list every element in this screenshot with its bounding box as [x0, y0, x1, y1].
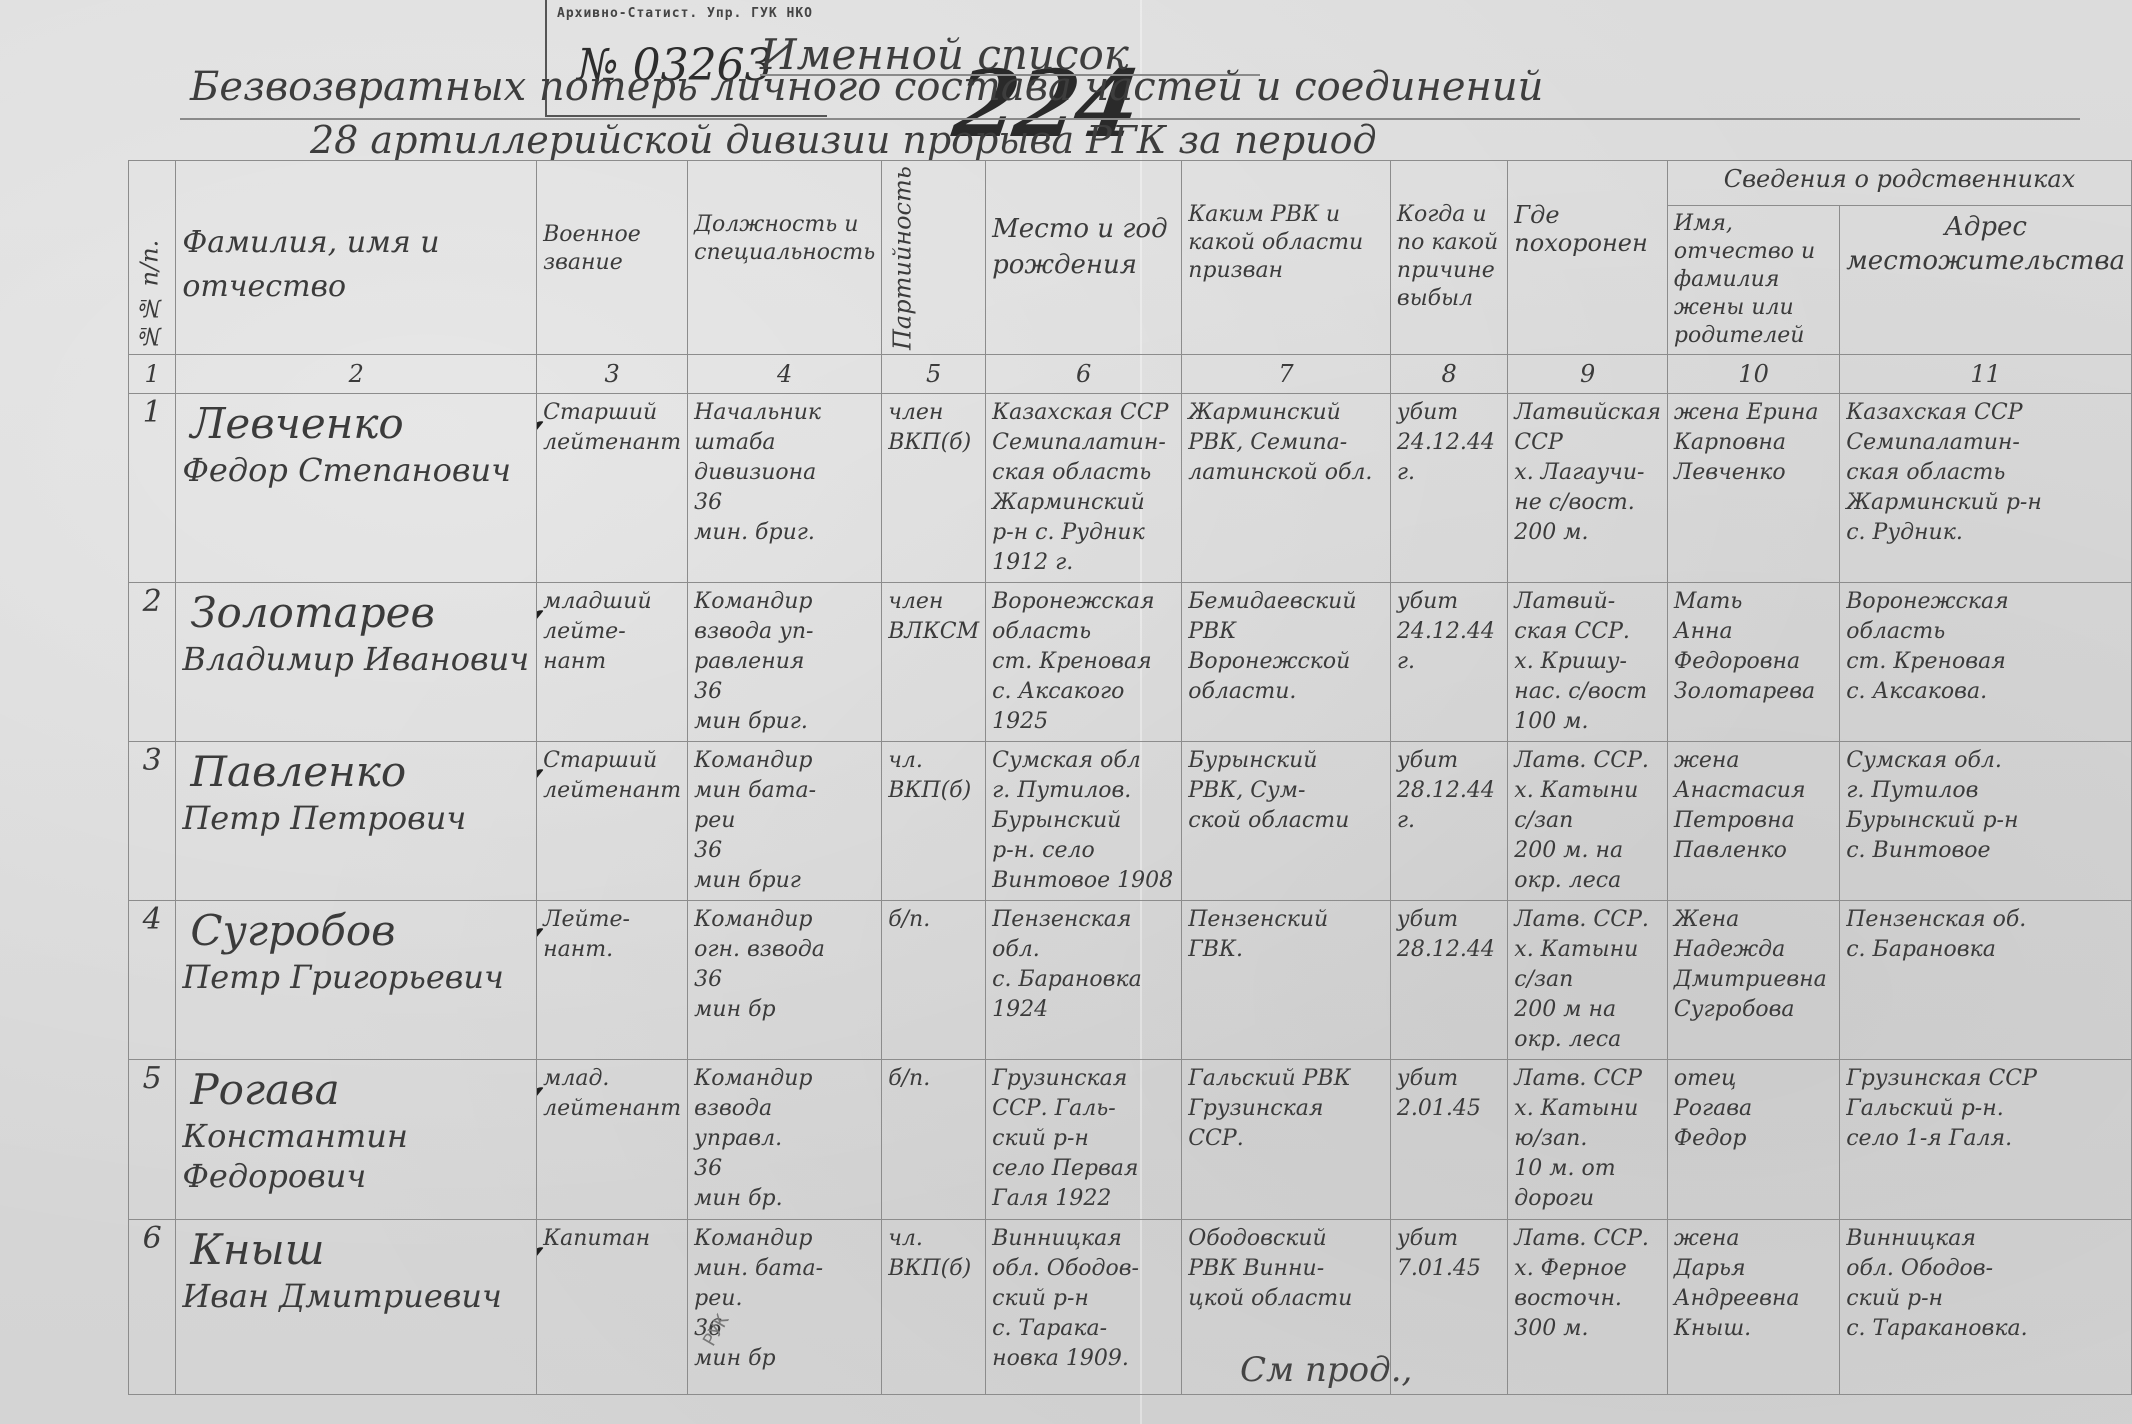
- cell-line: убит: [1397, 746, 1501, 776]
- cell-line: ская ССР.: [1514, 617, 1661, 647]
- cell-when: убит24.12.44 г.: [1390, 394, 1507, 583]
- cell-line: с. Аксакова.: [1846, 677, 2125, 707]
- cell-line: 1924: [992, 995, 1175, 1025]
- row-index: 2: [129, 583, 176, 742]
- cell-line: с/зап: [1514, 806, 1661, 836]
- cell-line: х. Кришу-: [1514, 647, 1661, 677]
- cell-line: дороги: [1514, 1184, 1661, 1214]
- checkmark-icon: ✓: [537, 424, 554, 454]
- column-number: 8: [1390, 355, 1507, 394]
- column-number: 7: [1182, 355, 1391, 394]
- surname: Рогава: [182, 1064, 530, 1116]
- cell-line: ВКП(б): [888, 776, 979, 806]
- cell-birth: Воронежскаяобластьст. Креноваяс. Аксаког…: [986, 583, 1182, 742]
- header-relatives-group: Сведения о родственниках: [1667, 161, 2131, 206]
- cell-line: Надежда: [1674, 935, 1833, 965]
- cell-line: р-н. село: [992, 836, 1175, 866]
- surname: Павленко: [182, 746, 530, 798]
- checkmark-icon: ✓: [537, 772, 554, 802]
- surname: Сугробов: [182, 905, 530, 957]
- cell-line: ский р-н: [992, 1124, 1175, 1154]
- cell-relative: жена ЕринаКарповнаЛевченко: [1667, 394, 1839, 583]
- cell-line: Семипалатин-: [992, 428, 1175, 458]
- cell-line: реи: [694, 806, 875, 836]
- cell-line: с. Винтовое: [1846, 836, 2125, 866]
- cell-line: 36: [694, 1154, 875, 1184]
- cell-party: членВКП(б): [882, 394, 986, 583]
- cell-line: Латвийская: [1514, 398, 1661, 428]
- row-index: 5: [129, 1060, 176, 1220]
- table-row: 6КнышИван Дмитриевич✓КапитанКомандирмин.…: [129, 1220, 2132, 1395]
- cell-line: Командир: [694, 1224, 875, 1254]
- cell-line: Латв. ССР.: [1514, 1224, 1661, 1254]
- cell-name: КнышИван Дмитриевич: [176, 1220, 537, 1395]
- cell-line: Андреевна: [1674, 1284, 1833, 1314]
- cell-relative: женаАнастасияПетровнаПавленко: [1667, 742, 1839, 901]
- cell-line: 36: [694, 836, 875, 866]
- cell-line: новка 1909.: [992, 1344, 1175, 1374]
- column-number: 5: [882, 355, 986, 394]
- cell-line: Золотарева: [1674, 677, 1833, 707]
- header-party: Партийность: [882, 161, 986, 355]
- surname: Золотарев: [182, 587, 530, 639]
- cell-line: Жарминский р-н: [1846, 488, 2125, 518]
- cell-line: ВЛКСМ: [888, 617, 979, 647]
- cell-line: х. Катыни: [1514, 935, 1661, 965]
- cell-line: с. Тарака-: [992, 1314, 1175, 1344]
- cell-line: 28.12.44: [1397, 935, 1501, 965]
- cell-line: ССР. Галь-: [992, 1094, 1175, 1124]
- cell-line: реи.: [694, 1284, 875, 1314]
- cell-party: чл.ВКП(б): [882, 1220, 986, 1395]
- cell-line: мин бриг: [694, 866, 875, 896]
- cell-address: Казахская ССРСемипалатин-ская областьЖар…: [1840, 394, 2132, 583]
- cell-rvk: ЖарминскийРВК, Семипа-латинской обл.: [1182, 394, 1391, 583]
- cell-line: Дмитриевна: [1674, 965, 1833, 995]
- cell-position: Командирогн. взвода36мин бр: [688, 901, 882, 1060]
- cell-name: ПавленкоПетр Петрович: [176, 742, 537, 901]
- cell-rvk: БурынскийРВК, Сум-ской области: [1182, 742, 1391, 901]
- cell-line: латинской обл.: [1188, 458, 1384, 488]
- column-number: 9: [1508, 355, 1668, 394]
- cell-line: млад.: [543, 1064, 681, 1094]
- cell-birth: Пензенскаяобл.с. Барановка1924: [986, 901, 1182, 1060]
- table-row: 3ПавленкоПетр Петрович✓СтаршийлейтенантК…: [129, 742, 2132, 901]
- cell-line: Латв. ССР.: [1514, 905, 1661, 935]
- cell-when: убит28.12.44: [1390, 901, 1507, 1060]
- given-names: Владимир Иванович: [182, 639, 530, 679]
- cell-line: Грузинская ССР: [1846, 1064, 2125, 1094]
- cell-line: Жена: [1674, 905, 1833, 935]
- cell-line: мин бр.: [694, 1184, 875, 1214]
- cell-rank: ✓Капитан: [537, 1220, 688, 1395]
- cell-line: ская область: [992, 458, 1175, 488]
- cell-buried: Латвий-ская ССР.х. Кришу-нас. с/вост100 …: [1508, 583, 1668, 742]
- cell-position: Командирмин. бата-реи.36мин бр: [688, 1220, 882, 1395]
- cell-line: с. Барановка: [1846, 935, 2125, 965]
- cell-line: мин бр: [694, 995, 875, 1025]
- cell-line: Галя 1922: [992, 1184, 1175, 1214]
- cell-line: с. Аксакого: [992, 677, 1175, 707]
- cell-when: убит24.12.44 г.: [1390, 583, 1507, 742]
- cell-line: Бурынский: [992, 806, 1175, 836]
- cell-rank: ✓млад.лейтенант: [537, 1060, 688, 1220]
- cell-line: ВКП(б): [888, 1254, 979, 1284]
- cell-line: Семипалатин-: [1846, 428, 2125, 458]
- cell-line: штаба: [694, 428, 875, 458]
- header-address: Адрес местожительства: [1840, 206, 2132, 355]
- cell-line: х. Катыни: [1514, 776, 1661, 806]
- cell-when: убит28.12.44 г.: [1390, 742, 1507, 901]
- title-line-3: 28 артиллерийской дивизии прорыва РГК за…: [310, 118, 1377, 162]
- cell-line: 10 м. от: [1514, 1154, 1661, 1184]
- cell-name: СугробовПетр Григорьевич: [176, 901, 537, 1060]
- cell-line: окр. леса: [1514, 1025, 1661, 1055]
- cell-line: Пензенская об.: [1846, 905, 2125, 935]
- cell-line: ССР.: [1188, 1124, 1384, 1154]
- cell-birth: ГрузинскаяССР. Галь-ский р-нсело ПерваяГ…: [986, 1060, 1182, 1220]
- cell-line: ский р-н: [992, 1284, 1175, 1314]
- cell-line: огн. взвода: [694, 935, 875, 965]
- column-number: 3: [537, 355, 688, 394]
- cell-line: нант: [543, 647, 681, 677]
- cell-line: обл. Ободов-: [1846, 1254, 2125, 1284]
- cell-line: 36: [694, 965, 875, 995]
- cell-line: г. Путилов: [1846, 776, 2125, 806]
- cell-line: г. Путилов.: [992, 776, 1175, 806]
- cell-party: членВЛКСМ: [882, 583, 986, 742]
- cell-line: обл.: [992, 935, 1175, 965]
- losses-table: №№ п/п. Фамилия, имя и отчество Военное …: [128, 160, 2132, 1395]
- row-number: 1: [143, 395, 162, 430]
- title-line-2: Безвозвратных потерь личного состава час…: [190, 64, 1543, 110]
- header-birth: Место и год рождения: [986, 161, 1182, 355]
- cell-line: области.: [1188, 677, 1384, 707]
- cell-line: ская область: [1846, 458, 2125, 488]
- cell-relative: отецРогаваФедор: [1667, 1060, 1839, 1220]
- cell-address: Воронежскаяобластьст. Креноваяс. Аксаков…: [1840, 583, 2132, 742]
- cell-line: восточн.: [1514, 1284, 1661, 1314]
- cell-line: лейтенант: [543, 428, 681, 458]
- cell-line: убит: [1397, 398, 1501, 428]
- cell-line: Мать: [1674, 587, 1833, 617]
- cell-line: 1925: [992, 707, 1175, 737]
- cell-line: член: [888, 587, 979, 617]
- cell-line: 24.12.44 г.: [1397, 428, 1501, 488]
- cell-buried: Латв. ССР.х. Ферноевосточн.300 м.: [1508, 1220, 1668, 1395]
- cell-position: Командирвзводауправл.36мин бр.: [688, 1060, 882, 1220]
- cell-party: б/п.: [882, 901, 986, 1060]
- cell-line: с. Барановка: [992, 965, 1175, 995]
- cell-buried: ЛатвийскаяССРх. Лагаучи-не с/вост.200 м.: [1508, 394, 1668, 583]
- cell-rvk: Гальский РВКГрузинскаяССР.: [1182, 1060, 1391, 1220]
- column-number: 2: [176, 355, 537, 394]
- cell-line: член: [888, 398, 979, 428]
- checkmark-icon: ✓: [537, 1250, 554, 1280]
- column-number: 6: [986, 355, 1182, 394]
- cell-line: Командир: [694, 905, 875, 935]
- cell-line: чл.: [888, 1224, 979, 1254]
- cell-buried: Латв. ССР.х. Катынис/зап200 м. наокр. ле…: [1508, 742, 1668, 901]
- header-index: №№ п/п.: [129, 161, 176, 355]
- cell-address: Сумская обл.г. ПутиловБурынский р-нс. Ви…: [1840, 742, 2132, 901]
- cell-line: 1912 г.: [992, 548, 1175, 578]
- row-index: 1: [129, 394, 176, 583]
- cell-birth: Сумская облг. Путилов.Бурынскийр-н. село…: [986, 742, 1182, 901]
- cell-line: Федор: [1674, 1124, 1833, 1154]
- cell-relative: женаДарьяАндреевнаКныш.: [1667, 1220, 1839, 1395]
- cell-line: 100 м.: [1514, 707, 1661, 737]
- column-number: 10: [1667, 355, 1839, 394]
- cell-line: чл.: [888, 746, 979, 776]
- cell-line: 28.12.44 г.: [1397, 776, 1501, 836]
- cell-address: Грузинская ССРГальский р-н.село 1-я Галя…: [1840, 1060, 2132, 1220]
- cell-line: убит: [1397, 587, 1501, 617]
- cell-line: жена: [1674, 746, 1833, 776]
- cell-line: РВК: [1188, 617, 1384, 647]
- table-body: 1ЛевченкоФедор Степанович✓Старшийлейтена…: [129, 394, 2132, 1395]
- cell-birth: Винницкаяобл. Ободов-ский р-нс. Тарака-н…: [986, 1220, 1182, 1395]
- given-names: Федор Степанович: [182, 450, 530, 490]
- cell-line: 300 м.: [1514, 1314, 1661, 1344]
- row-index: 4: [129, 901, 176, 1060]
- cell-line: р-н с. Рудник: [992, 518, 1175, 548]
- cell-line: младший: [543, 587, 681, 617]
- column-number: 11: [1840, 355, 2132, 394]
- continuation-note: См прод.,: [1240, 1350, 1412, 1390]
- cell-line: мин бриг.: [694, 707, 875, 737]
- cell-rvk: ПензенскийГВК.: [1182, 901, 1391, 1060]
- cell-line: РВК, Семипа-: [1188, 428, 1384, 458]
- cell-line: 36: [694, 488, 875, 518]
- given-names: Константин Федорович: [182, 1116, 530, 1196]
- cell-line: жена: [1674, 1224, 1833, 1254]
- cell-line: Бурынский: [1188, 746, 1384, 776]
- cell-line: окр. леса: [1514, 866, 1661, 896]
- cell-rank: ✓Старшийлейтенант: [537, 394, 688, 583]
- cell-line: Карповна: [1674, 428, 1833, 458]
- cell-rank: ✓младшийлейте-нант: [537, 583, 688, 742]
- cell-line: с. Рудник.: [1846, 518, 2125, 548]
- cell-line: х. Ферное: [1514, 1254, 1661, 1284]
- cell-line: Жарминский: [992, 488, 1175, 518]
- table-row: 4СугробовПетр Григорьевич✓Лейте-нант.Ком…: [129, 901, 2132, 1060]
- cell-when: убит2.01.45: [1390, 1060, 1507, 1220]
- surname: Кныш: [182, 1224, 530, 1276]
- cell-line: нант.: [543, 935, 681, 965]
- given-names: Петр Григорьевич: [182, 957, 530, 997]
- cell-line: Латв. ССР.: [1514, 746, 1661, 776]
- cell-line: Сугробова: [1674, 995, 1833, 1025]
- cell-relative: МатьАннаФедоровнаЗолотарева: [1667, 583, 1839, 742]
- cell-address: Пензенская об.с. Барановка: [1840, 901, 2132, 1060]
- cell-line: РВК Винни-: [1188, 1254, 1384, 1284]
- cell-line: равления: [694, 647, 875, 677]
- row-index: 6: [129, 1220, 176, 1395]
- cell-line: Винницкая: [992, 1224, 1175, 1254]
- cell-line: Анна: [1674, 617, 1833, 647]
- cell-line: ССР: [1514, 428, 1661, 458]
- cell-line: Капитан: [543, 1224, 681, 1254]
- cell-line: Латв. ССР: [1514, 1064, 1661, 1094]
- table-row: 2ЗолотаревВладимир Иванович✓младшийлейте…: [129, 583, 2132, 742]
- cell-line: убит: [1397, 1064, 1501, 1094]
- cell-line: область: [992, 617, 1175, 647]
- cell-line: Ободовский: [1188, 1224, 1384, 1254]
- cell-position: Командирмин бата-реи36мин бриг: [688, 742, 882, 901]
- given-names: Иван Дмитриевич: [182, 1276, 530, 1316]
- surname: Левченко: [182, 398, 530, 450]
- cell-line: 36: [694, 677, 875, 707]
- cell-line: Федоровна: [1674, 647, 1833, 677]
- cell-line: х. Катыни: [1514, 1094, 1661, 1124]
- cell-line: мин. бриг.: [694, 518, 875, 548]
- cell-line: Пензенская: [992, 905, 1175, 935]
- cell-rvk: БемидаевскийРВКВоронежскойобласти.: [1182, 583, 1391, 742]
- cell-line: 200 м.: [1514, 518, 1661, 548]
- cell-line: Гальский р-н.: [1846, 1094, 2125, 1124]
- cell-line: жена Ерина: [1674, 398, 1833, 428]
- cell-line: не с/вост.: [1514, 488, 1661, 518]
- cell-line: Пензенский: [1188, 905, 1384, 935]
- cell-line: Бурынский р-н: [1846, 806, 2125, 836]
- table-row: 1ЛевченкоФедор Степанович✓Старшийлейтена…: [129, 394, 2132, 583]
- cell-line: отец: [1674, 1064, 1833, 1094]
- cell-line: б/п.: [888, 905, 979, 935]
- cell-line: Сумская обл.: [1846, 746, 2125, 776]
- cell-line: село Первая: [992, 1154, 1175, 1184]
- cell-line: Старший: [543, 398, 681, 428]
- cell-line: Жарминский: [1188, 398, 1384, 428]
- cell-line: Начальник: [694, 398, 875, 428]
- cell-line: лейтенант: [543, 776, 681, 806]
- cell-line: РВК, Сум-: [1188, 776, 1384, 806]
- row-number: 4: [143, 902, 162, 937]
- cell-line: Грузинская: [1188, 1094, 1384, 1124]
- cell-line: 7.01.45: [1397, 1254, 1501, 1284]
- cell-position: Начальникштабадивизиона36мин. бриг.: [688, 394, 882, 583]
- cell-line: Воронежская: [992, 587, 1175, 617]
- cell-line: ст. Креновая: [1846, 647, 2125, 677]
- cell-line: Казахская ССР: [1846, 398, 2125, 428]
- cell-rank: ✓Старшийлейтенант: [537, 742, 688, 901]
- cell-line: 200 м. на: [1514, 836, 1661, 866]
- cell-line: 24.12.44 г.: [1397, 617, 1501, 677]
- given-names: Петр Петрович: [182, 798, 530, 838]
- cell-line: Сумская обл: [992, 746, 1175, 776]
- cell-line: нас. с/вост: [1514, 677, 1661, 707]
- header-row: №№ п/п. Фамилия, имя и отчество Военное …: [129, 161, 2132, 206]
- cell-line: Командир: [694, 1064, 875, 1094]
- cell-line: Левченко: [1674, 458, 1833, 488]
- header-when: Когда и по какой причине выбыл: [1390, 161, 1507, 355]
- column-number-row: 1 2 3 4 5 6 7 8 9 10 11: [129, 355, 2132, 394]
- cell-line: область: [1846, 617, 2125, 647]
- cell-line: Анастасия: [1674, 776, 1833, 806]
- cell-line: мин. бата-: [694, 1254, 875, 1284]
- cell-line: Дарья: [1674, 1254, 1833, 1284]
- header-rank: Военное звание: [537, 161, 688, 355]
- cell-line: ской области: [1188, 806, 1384, 836]
- cell-party: чл.ВКП(б): [882, 742, 986, 901]
- header-rvk: Каким РВК и какой области призван: [1182, 161, 1391, 355]
- cell-line: дивизиона: [694, 458, 875, 488]
- cell-name: ЛевченкоФедор Степанович: [176, 394, 537, 583]
- row-number: 6: [143, 1221, 162, 1256]
- row-number: 2: [143, 584, 162, 619]
- cell-line: б/п.: [888, 1064, 979, 1094]
- cell-line: село 1-я Галя.: [1846, 1124, 2125, 1154]
- row-number: 5: [143, 1061, 162, 1096]
- cell-position: Командирвзвода уп-равления36мин бриг.: [688, 583, 882, 742]
- cell-line: Грузинская: [992, 1064, 1175, 1094]
- checkmark-icon: ✓: [537, 613, 554, 643]
- checkmark-icon: ✓: [537, 1090, 554, 1120]
- cell-line: убит: [1397, 905, 1501, 935]
- cell-line: Винтовое 1908: [992, 866, 1175, 896]
- cell-line: цкой области: [1188, 1284, 1384, 1314]
- checkmark-icon: ✓: [537, 931, 554, 961]
- document-page: Архивно-Статист. Упр. ГУК НКО № 03263 22…: [0, 0, 2132, 1424]
- cell-line: Лейте-: [543, 905, 681, 935]
- cell-line: Рогава: [1674, 1094, 1833, 1124]
- cell-line: Винницкая: [1846, 1224, 2125, 1254]
- cell-line: Командир: [694, 587, 875, 617]
- cell-line: лейте-: [543, 617, 681, 647]
- cell-line: взвода уп-: [694, 617, 875, 647]
- cell-line: Воронежской: [1188, 647, 1384, 677]
- cell-party: б/п.: [882, 1060, 986, 1220]
- cell-line: х. Лагаучи-: [1514, 458, 1661, 488]
- header-relative-name: Имя, отчество и фамилия жены или родител…: [1667, 206, 1839, 355]
- cell-buried: Латв. ССРх. Катынию/зап.10 м. отдороги: [1508, 1060, 1668, 1220]
- cell-line: мин бр: [694, 1344, 875, 1374]
- cell-line: мин бата-: [694, 776, 875, 806]
- cell-address: Винницкаяобл. Ободов-ский р-нс. Таракано…: [1840, 1220, 2132, 1395]
- cell-line: ст. Креновая: [992, 647, 1175, 677]
- cell-line: Казахская ССР: [992, 398, 1175, 428]
- cell-line: Петровна: [1674, 806, 1833, 836]
- column-number: 1: [129, 355, 176, 394]
- cell-line: Старший: [543, 746, 681, 776]
- header-name: Фамилия, имя и отчество: [176, 161, 537, 355]
- cell-rank: ✓Лейте-нант.: [537, 901, 688, 1060]
- row-number: 3: [143, 743, 162, 778]
- cell-line: Павленко: [1674, 836, 1833, 866]
- cell-relative: ЖенаНадеждаДмитриевнаСугробова: [1667, 901, 1839, 1060]
- cell-buried: Латв. ССР.х. Катынис/зап200 м наокр. лес…: [1508, 901, 1668, 1060]
- cell-line: Воронежская: [1846, 587, 2125, 617]
- stamp-text: Архивно-Статист. Упр. ГУК НКО: [557, 6, 813, 21]
- header-buried: Где похоронен: [1508, 161, 1668, 355]
- cell-line: убит: [1397, 1224, 1501, 1254]
- cell-name: ЗолотаревВладимир Иванович: [176, 583, 537, 742]
- cell-line: ГВК.: [1188, 935, 1384, 965]
- cell-line: ВКП(б): [888, 428, 979, 458]
- cell-line: 200 м на: [1514, 995, 1661, 1025]
- cell-line: ю/зап.: [1514, 1124, 1661, 1154]
- cell-line: ский р-н: [1846, 1284, 2125, 1314]
- cell-line: Бемидаевский: [1188, 587, 1384, 617]
- cell-line: 2.01.45: [1397, 1094, 1501, 1124]
- cell-line: взвода: [694, 1094, 875, 1124]
- cell-line: Командир: [694, 746, 875, 776]
- cell-line: с. Таракановка.: [1846, 1314, 2125, 1344]
- cell-name: РогаваКонстантин Федорович: [176, 1060, 537, 1220]
- cell-birth: Казахская ССРСемипалатин-ская областьЖар…: [986, 394, 1182, 583]
- cell-line: Латвий-: [1514, 587, 1661, 617]
- cell-line: Гальский РВК: [1188, 1064, 1384, 1094]
